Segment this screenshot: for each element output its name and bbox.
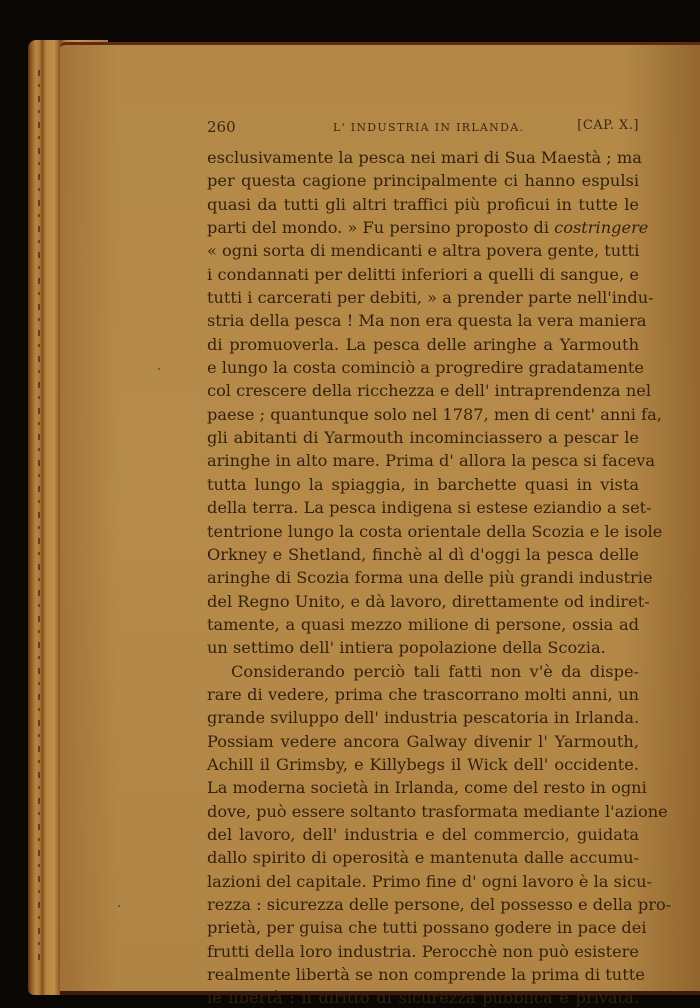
text-line: di promuoverla. La pesca delle aringhe a…: [207, 333, 639, 356]
text-fragment: parti del mondo. » Fu persino proposto d…: [207, 218, 554, 237]
text-line: Possiam vedere ancora Galway divenir l' …: [207, 730, 639, 753]
text-line: « ogni sorta di mendicanti e altra pover…: [207, 239, 639, 262]
text-line: realmente libertà se non comprende la pr…: [207, 963, 639, 986]
text-line: paese ; quantunque solo nel 1787, men di…: [207, 403, 639, 426]
text-line: tamente, a quasi mezzo milione di person…: [207, 613, 639, 636]
text-line: gli abitanti di Yarmouth incominciassero…: [207, 426, 639, 449]
text-line: Achill il Grimsby, e Killybegs il Wick d…: [207, 753, 639, 776]
text-line: le libertà : il diritto di sicurezza pub…: [207, 986, 639, 1008]
text-line: frutti della loro industria. Perocchè no…: [207, 940, 639, 963]
italic-word: costringere: [554, 218, 648, 237]
chapter-label: [CAP. X.]: [577, 118, 639, 133]
text-line: La moderna società in Irlanda, come del …: [207, 776, 639, 799]
page-number: 260: [207, 118, 236, 136]
paper-speck: [158, 368, 160, 370]
text-line: tutta lungo la spiaggia, in barchette qu…: [207, 473, 639, 496]
text-line: quasi da tutti gli altri traffici più pr…: [207, 193, 639, 216]
text-line: rare di vedere, prima che trascorrano mo…: [207, 683, 639, 706]
text-line: del Regno Unito, e dà lavoro, direttamen…: [207, 590, 639, 613]
paper-speck: [118, 905, 120, 907]
text-line: i condannati per delitti inferiori a que…: [207, 263, 639, 286]
running-title: L' INDUSTRIA IN IRLANDA.: [333, 121, 524, 134]
body-text: esclusivamente la pesca nei mari di Sua …: [207, 146, 639, 1008]
text-line: stria della pesca ! Ma non era questa la…: [207, 309, 639, 332]
text-line: col crescere della ricchezza e dell' int…: [207, 379, 639, 402]
text-line: Orkney e Shetland, finchè al dì d'oggi l…: [207, 543, 639, 566]
running-head: 260 L' INDUSTRIA IN IRLANDA. [CAP. X.]: [207, 118, 639, 140]
text-line: aringhe di Scozia forma una delle più gr…: [207, 566, 639, 589]
text-line: dove, può essere soltanto trasformata me…: [207, 800, 639, 823]
text-line: e lungo la costa cominciò a progredire g…: [207, 356, 639, 379]
paragraph-end-line: un settimo dell' intiera popolazione del…: [207, 636, 639, 659]
text-line: tutti i carcerati per debiti, » a prende…: [207, 286, 639, 309]
paragraph-start-line: Considerando perciò tali fatti non v'è d…: [207, 660, 639, 683]
text-line: rezza : sicurezza delle persone, del pos…: [207, 893, 639, 916]
text-line: lazioni del capitale. Primo fine d' ogni…: [207, 870, 639, 893]
text-line-with-italic: parti del mondo. » Fu persino proposto d…: [207, 216, 639, 239]
text-line: della terra. La pesca indigena si estese…: [207, 496, 639, 519]
text-line: aringhe in alto mare. Prima d' allora la…: [207, 449, 639, 472]
text-line: tentrione lungo la costa orientale della…: [207, 520, 639, 543]
paper-speck: [268, 905, 270, 907]
text-line: grande sviluppo dell' industria pescator…: [207, 706, 639, 729]
text-line: per questa cagione principalmente ci han…: [207, 169, 639, 192]
text-line: del lavoro, dell' industria e del commer…: [207, 823, 639, 846]
text-line: prietà, per guisa che tutti possano gode…: [207, 916, 639, 939]
text-line: esclusivamente la pesca nei mari di Sua …: [207, 146, 639, 169]
text-line: dallo spirito di operosità e mantenuta d…: [207, 846, 639, 869]
